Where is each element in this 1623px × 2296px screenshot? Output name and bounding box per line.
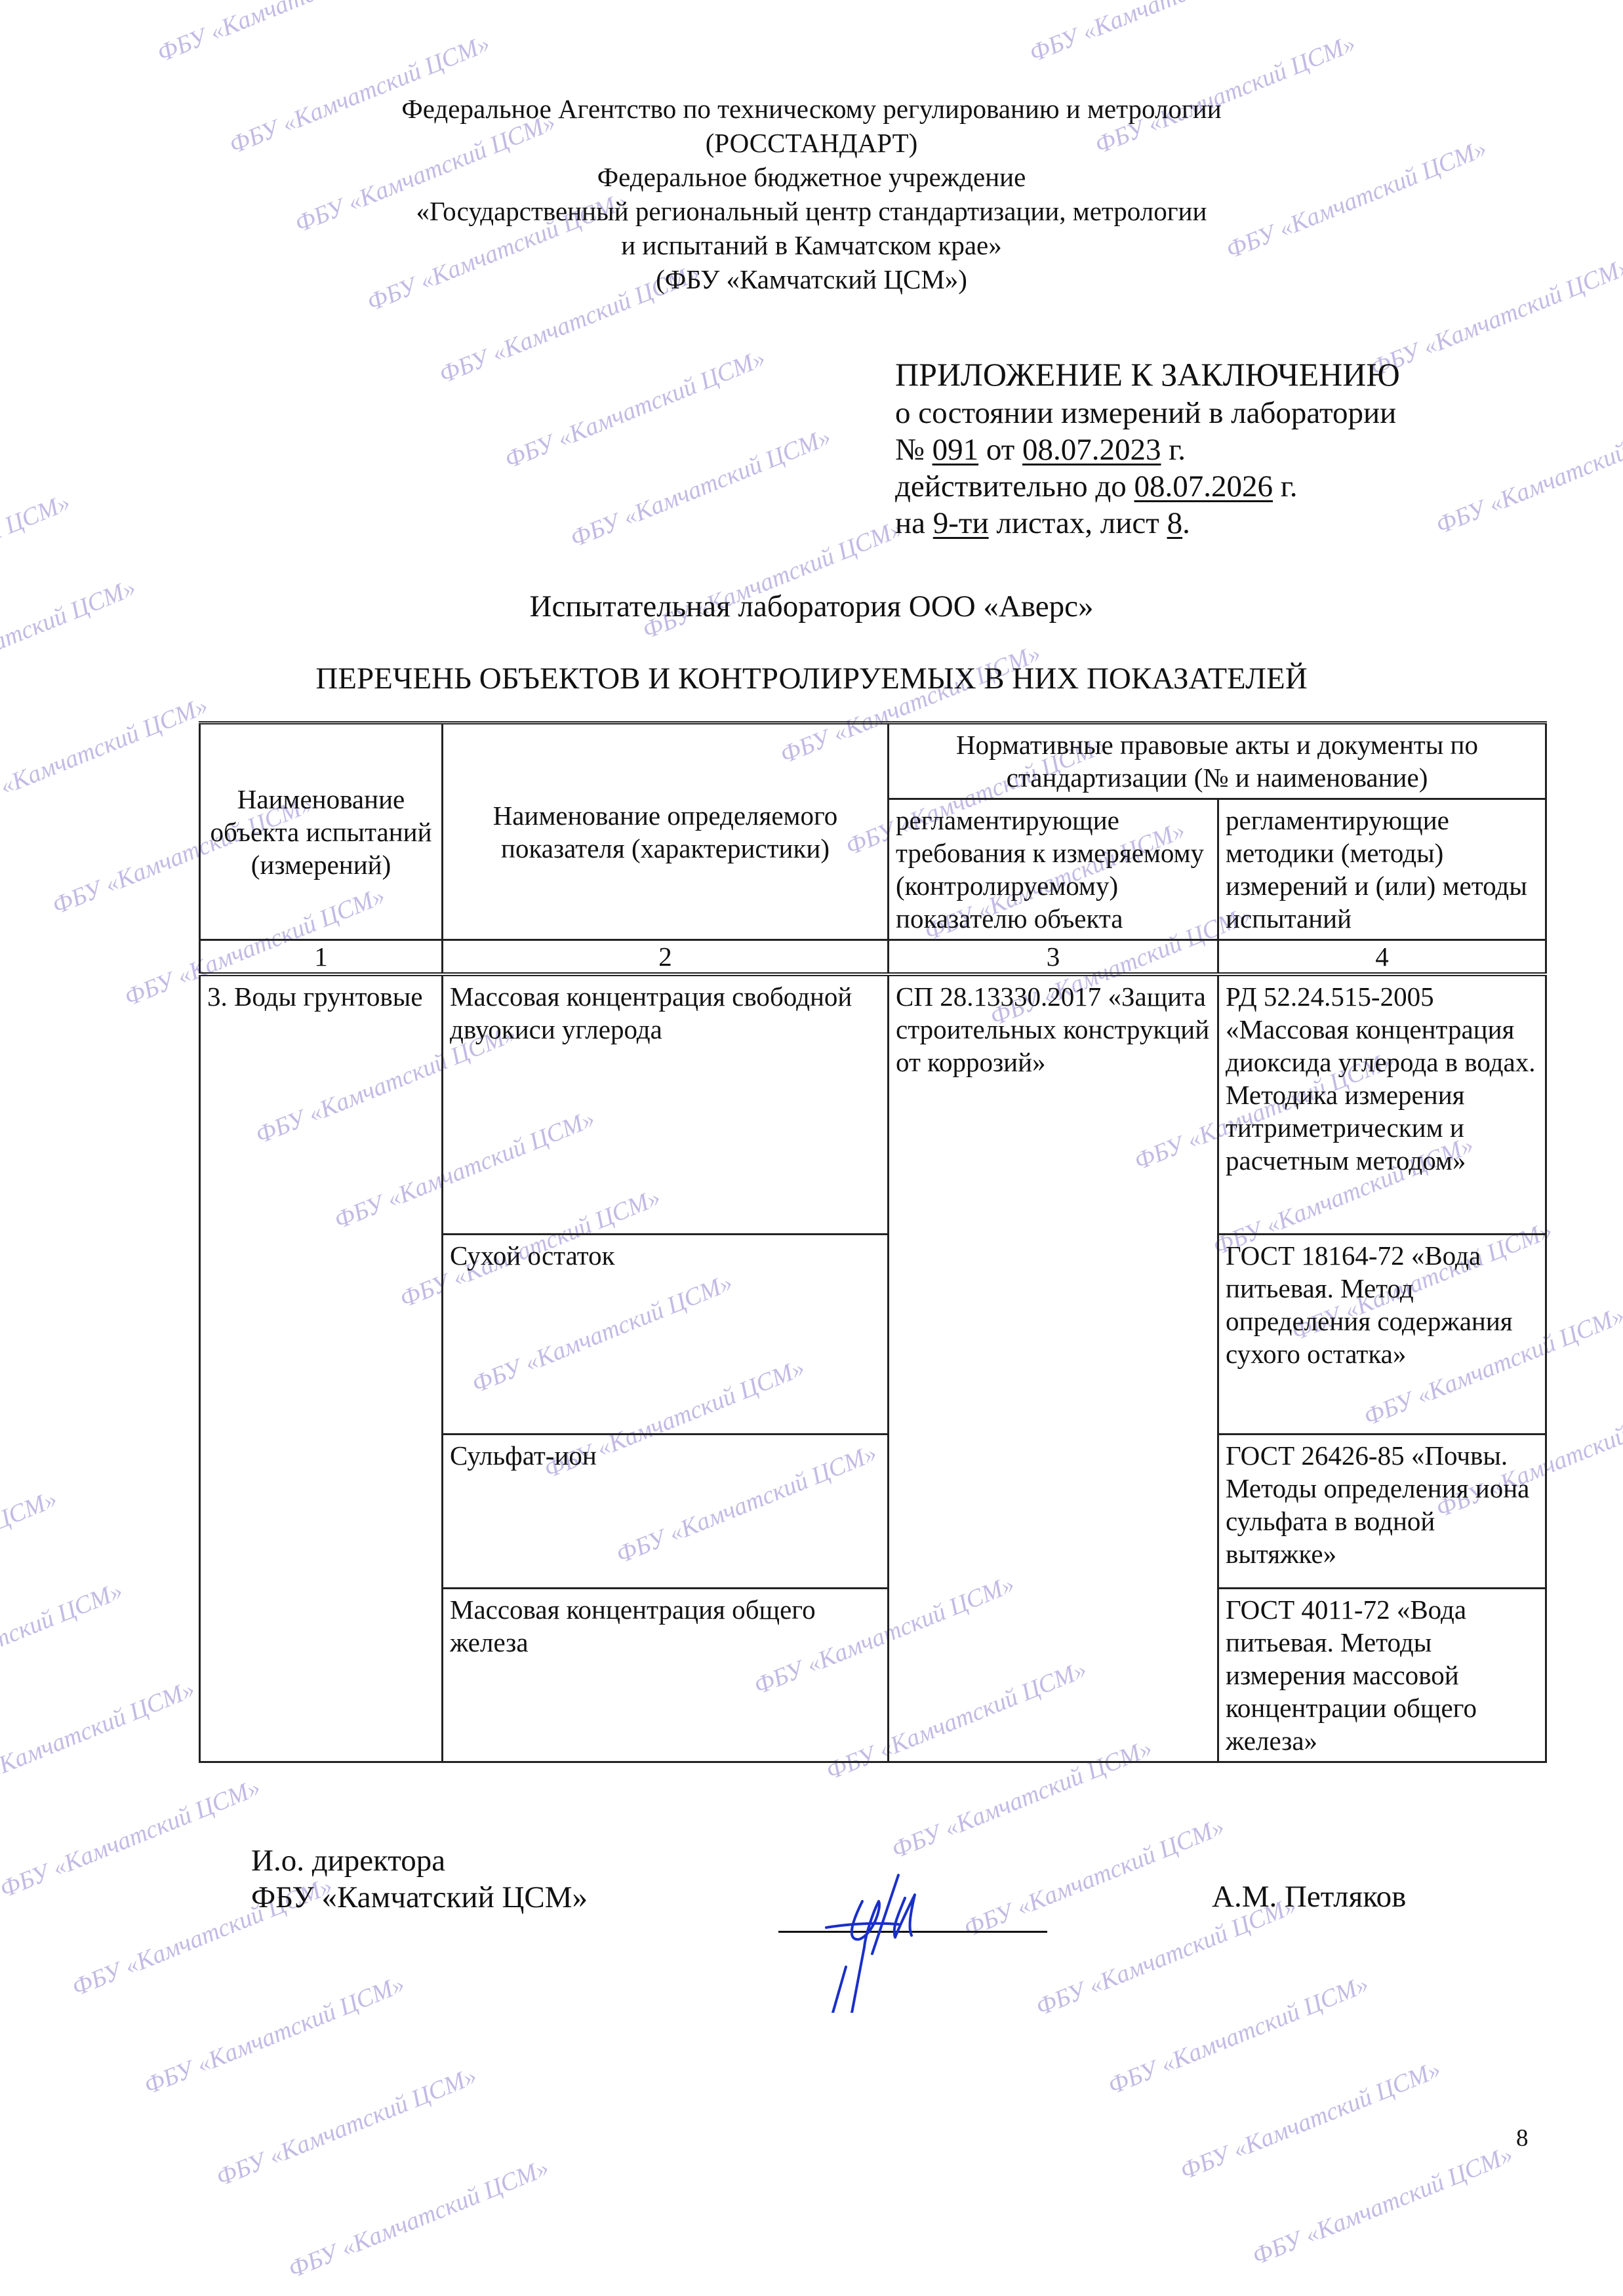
position-line: ФБУ «Камчатский ЦСМ» [251,1879,588,1916]
column-number: 1 [200,940,443,975]
header-line: Федеральное Агентство по техническому ре… [0,92,1623,126]
object-cell: 3. Воды грунтовые [200,974,443,1762]
sheets-middle: листах, лист [996,506,1159,540]
signer-position: И.о. директора ФБУ «Камчатский ЦСМ» [251,1842,588,1916]
objects-table: Наименование объекта испытаний (измерени… [199,721,1547,1763]
header-requirements: регламентирующие требования к измеряемом… [889,799,1218,940]
header-line: (РОССТАНДАРТ) [0,126,1623,160]
header-line: «Государственный региональный центр стан… [0,194,1623,228]
appendix-subtitle: о состоянии измерений в лаборатории [895,395,1400,431]
indicator-cell: Массовая концентрация общего железа [443,1589,889,1762]
sheets-prefix: на [895,506,925,540]
valid-prefix: действительно до [895,469,1127,504]
laboratory-name: Испытательная лаборатория ООО «Аверс» [0,589,1623,624]
header-normative-group: Нормативные правовые акты и документы по… [889,723,1546,799]
appendix-title: ПРИЛОЖЕНИЕ К ЗАКЛЮЧЕНИЮ [895,354,1400,395]
sheet-current: 8 [1167,506,1183,540]
column-number: 3 [889,940,1218,975]
table-row: 3. Воды грунтовые Массовая концентрация … [200,974,1546,1235]
method-cell: ГОСТ 4011-72 «Вода питьевая. Методы изме… [1218,1589,1546,1762]
indicator-cell: Массовая концентрация свободной двуокиси… [443,974,889,1235]
header-object: Наименование объекта испытаний (измерени… [200,723,443,940]
valid-until-date: 08.07.2026 [1134,469,1273,504]
appendix-block: ПРИЛОЖЕНИЕ К ЗАКЛЮЧЕНИЮ о состоянии изме… [895,354,1400,542]
requirement-cell: СП 28.13330.2017 «Защита строительных ко… [889,974,1218,1762]
conclusion-number: 091 [932,433,979,467]
header-line: Федеральное бюджетное учреждение [0,160,1623,194]
sheets-suffix: . [1182,506,1190,540]
page-number: 8 [1516,2124,1529,2152]
header-line: и испытаний в Камчатском крае» [0,228,1623,262]
appendix-valid-line: действительно до 08.07.2026 г. [895,468,1400,505]
list-title: ПЕРЕЧЕНЬ ОБЪЕКТОВ И КОНТРОЛИРУЕМЫХ В НИХ… [0,661,1623,696]
organization-header: Федеральное Агентство по техническому ре… [0,92,1623,296]
number-prefix: № [895,433,925,467]
signer-name: А.М. Петляков [1212,1879,1406,1914]
column-number: 4 [1218,940,1546,975]
appendix-sheets-line: на 9-ти листах, лист 8. [895,505,1400,542]
document-page: Федеральное Агентство по техническому ре… [0,0,1623,2296]
column-number: 2 [443,940,889,975]
position-line: И.о. директора [251,1842,588,1879]
indicator-cell: Сульфат-ион [443,1435,889,1589]
method-cell: ГОСТ 18164-72 «Вода питьевая. Метод опре… [1218,1235,1546,1435]
method-cell: ГОСТ 26426-85 «Почвы. Методы определения… [1218,1435,1546,1589]
appendix-number-line: № 091 от 08.07.2023 г. [895,431,1400,468]
header-methods: регламентирующие методики (методы) измер… [1218,799,1546,940]
header-line: (ФБУ «Камчатский ЦСМ») [0,262,1623,296]
method-cell: РД 52.24.515-2005 «Массовая концентрация… [1218,974,1546,1235]
header-indicator: Наименование определяемого показателя (х… [443,723,889,940]
handwritten-signature-icon [800,1862,1016,2013]
valid-suffix: г. [1281,469,1298,504]
sheets-total: 9-ти [933,506,989,540]
indicator-cell: Сухой остаток [443,1235,889,1435]
conclusion-date: 08.07.2023 [1022,433,1161,467]
date-prefix: от [986,433,1014,467]
date-suffix: г. [1169,433,1186,467]
